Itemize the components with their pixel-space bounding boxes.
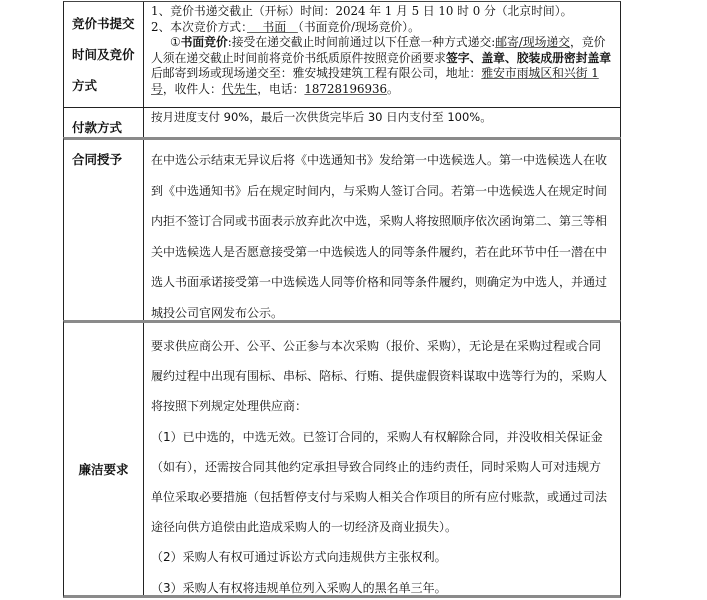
integrity-paragraph: （2）采购人有权可通过诉讼方式向违规供方主张权利。 bbox=[151, 542, 612, 572]
text: 后邮寄到场或现场递交至：雅安城投建筑工程有限公司，地址： bbox=[151, 66, 481, 80]
row-content-payment: 按月进度支付 90%，最后一次供货完毕后 30 日内支付至 100%。 bbox=[144, 108, 620, 137]
method-suffix: （书面竞价/现场竞价）。 bbox=[298, 20, 420, 34]
row-label-payment: 付款方式 bbox=[64, 108, 144, 137]
text: 。 bbox=[387, 82, 399, 96]
label-line: 时间及竞价 bbox=[72, 39, 143, 70]
integrity-paragraph: 要求供应商公开、公平、公正参与本次采购（报价、采购），无论是在采购过程或合同履约… bbox=[151, 331, 612, 422]
contact-name: 代先生 bbox=[222, 82, 257, 96]
row-payment-method: 付款方式 按月进度支付 90%，最后一次供货完毕后 30 日内支付至 100%。 bbox=[63, 107, 621, 137]
integrity-paragraph: （1）已中选的，中选无效。已签订合同的，采购人有权解除合同，并没收相关保证金（如… bbox=[151, 422, 612, 543]
row-submission-time-and-method: 竞价书提交 时间及竞价 方式 1、竞价书递交截止（开标）时间：2024 年 1 … bbox=[63, 1, 621, 107]
text: ，电话： bbox=[257, 82, 304, 96]
label-line: 方式 bbox=[72, 70, 143, 101]
deadline-line: 1、竞价书递交截止（开标）时间：2024 年 1 月 5 日 10 时 0 分（… bbox=[151, 4, 612, 20]
text: ，收件人： bbox=[163, 82, 222, 96]
circled-number: ① bbox=[170, 35, 181, 49]
integrity-paragraph: （3）采购人有权将违规单位列入采购人的黑名单三年。 bbox=[151, 573, 612, 600]
row-label-contract: 合同授予 bbox=[64, 140, 144, 320]
text: :接受在递交截止时间前通过以下任意一种方式递交: bbox=[228, 35, 495, 49]
row-content-integrity: 要求供应商公开、公平、公正参与本次采购（报价、采购），无论是在采购过程或合同履约… bbox=[144, 323, 620, 595]
label-line: 竞价书提交 bbox=[72, 8, 143, 39]
row-content-contract: 在中选公示结束无异议后将《中选通知书》发给第一中选候选人。第一中选候选人在收到《… bbox=[144, 140, 620, 320]
row-label-integrity: 廉洁要求 bbox=[64, 323, 144, 595]
delivery-method: 邮寄/现场递交 bbox=[495, 35, 570, 49]
written-bid-paragraph: ①书面竞价:接受在递交截止时间前通过以下任意一种方式递交:邮寄/现场递交，竞价人… bbox=[151, 35, 612, 97]
procurement-terms-table: 竞价书提交 时间及竞价 方式 1、竞价书递交截止（开标）时间：2024 年 1 … bbox=[63, 0, 621, 598]
contact-phone: 18728196936 bbox=[304, 82, 387, 96]
bidding-method-value: 书面 bbox=[247, 20, 298, 34]
row-content-submission: 1、竞价书递交截止（开标）时间：2024 年 1 月 5 日 10 时 0 分（… bbox=[144, 2, 620, 107]
method-line: 2、本次竞价方式： 书面 （书面竞价/现场竞价）。 bbox=[151, 20, 612, 36]
row-contract-award: 合同授予 在中选公示结束无异议后将《中选通知书》发给第一中选候选人。第一中选候选… bbox=[63, 137, 621, 320]
method-prefix: 2、本次竞价方式： bbox=[151, 20, 247, 34]
sealing-requirement: 签字、盖章、胶装成册密封盖章 bbox=[446, 51, 611, 65]
row-label-submission: 竞价书提交 时间及竞价 方式 bbox=[64, 2, 144, 107]
row-integrity-requirements: 廉洁要求 要求供应商公开、公平、公正参与本次采购（报价、采购），无论是在采购过程… bbox=[63, 320, 621, 598]
written-bid-title: 书面竞价 bbox=[181, 35, 228, 49]
